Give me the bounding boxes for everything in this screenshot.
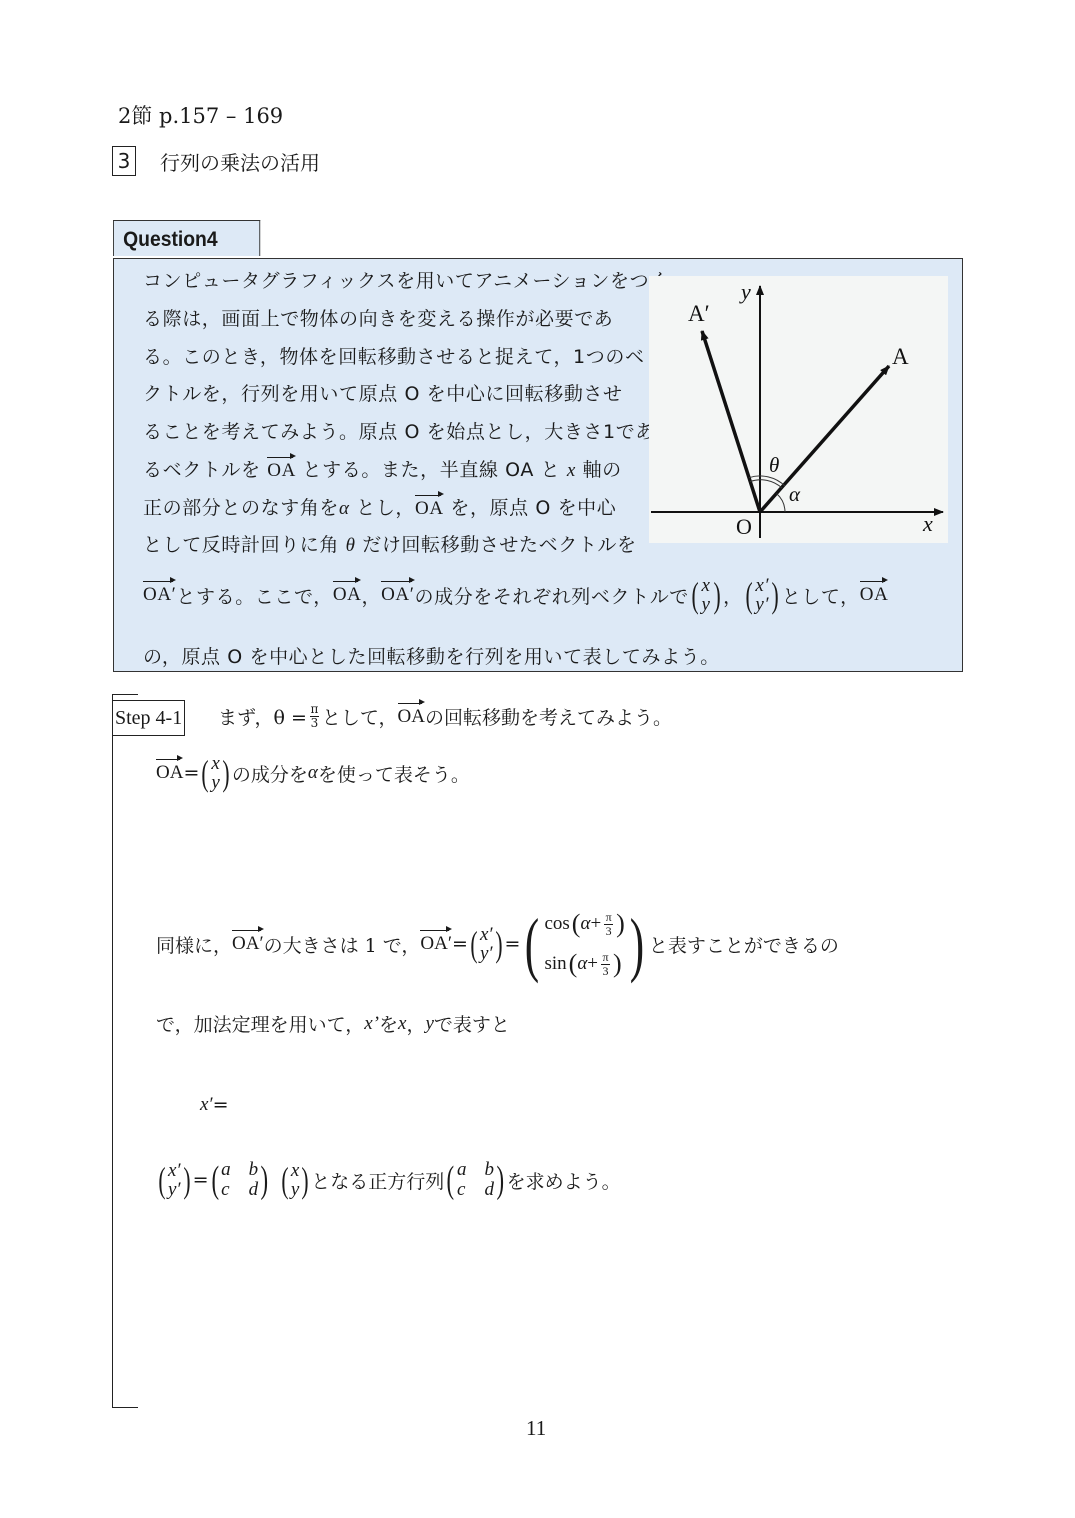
- question-line-2: る際は，画面上で物体の向きを変える操作が必要であ: [143, 304, 613, 331]
- column-vector-xy: (xy): [279, 1161, 311, 1199]
- svg-text:A: A: [892, 344, 909, 369]
- svg-text:A′: A′: [688, 301, 710, 326]
- step-line-4: で，加法定理を用いて， x’ を x ， y で表すと: [156, 1010, 510, 1037]
- question-line-10: の，原点 O を中心とした回転移動を行列を用いて表してみよう。: [143, 642, 720, 669]
- svg-text:θ: θ: [769, 453, 779, 477]
- step-line-5-answer-blank: x′ =: [200, 1094, 229, 1116]
- vector-oa: OA: [156, 762, 183, 784]
- column-vector-xy: (xy): [689, 576, 723, 614]
- subsection-heading: 3 行列の乗法の活用: [112, 146, 320, 176]
- step-line-6: (x′y′) = (abcd) (xy) となる正方行列 (abcd) を求めよ…: [156, 1160, 621, 1200]
- vector-oa: OA: [267, 460, 296, 482]
- vector-oa-prime: OA′: [381, 584, 414, 606]
- question-line-4: クトルを，行列を用いて原点 O を中心に回転移動させ: [143, 379, 623, 406]
- question-line-3: る。このとき，物体を回転移動させると捉えて，1つのベ: [143, 342, 645, 369]
- svg-text:y: y: [739, 279, 751, 304]
- fraction-pi-over-3: π3: [310, 703, 319, 730]
- question-line-1: コンピュータグラフィックスを用いてアニメーションをつく: [143, 266, 669, 293]
- question-line-9: OA′ とする。ここで， OA ， OA′ の成分をそれぞれ列ベクトルで (xy…: [143, 576, 888, 614]
- step-line-2: OA = (xy) の成分を α を使って表そう。: [156, 754, 470, 792]
- svg-text:O: O: [736, 514, 752, 539]
- step-line-3: 同様に， OA′ の大きさは 1 で， OA′ = (x′y′) = ( cos…: [156, 904, 839, 984]
- subsection-number: 3: [112, 146, 136, 176]
- vector-oa: OA: [398, 706, 425, 728]
- vector-oa-prime: OA′: [143, 584, 176, 606]
- matrix-abcd: (abcd): [444, 1160, 506, 1200]
- question-line-6: るベクトルを OA とする。また，半直線 OA と x 軸の: [143, 455, 622, 482]
- column-vector-xy: (xy): [199, 754, 231, 792]
- matrix-abcd: (abcd): [209, 1160, 271, 1200]
- question-tab: Question4: [113, 220, 260, 256]
- vector-oa-prime: OA′: [420, 933, 452, 955]
- rotation-diagram-svg: y x O A A′ θ α: [649, 276, 948, 543]
- column-vector-xy-prime: (x′y′): [156, 1161, 193, 1199]
- vector-oa: OA: [415, 498, 444, 520]
- vector-oa-prime: OA′: [232, 933, 264, 955]
- section-reference: 2節 p.157 – 169: [118, 100, 283, 130]
- step-label: Step 4-1: [112, 700, 185, 736]
- svg-text:α: α: [789, 482, 801, 506]
- rotated-components-vector: ( cos(α + π3) sin(α + π3) ): [520, 904, 648, 984]
- vector-oa: OA: [860, 584, 889, 606]
- vector-oa: OA: [333, 584, 362, 606]
- step-line-1: まず，θ = π3 として， OA の回転移動を考えてみよう。: [218, 703, 672, 730]
- column-vector-xy-prime: (x′y′): [468, 925, 505, 963]
- question-line-7: 正の部分とのなす角をα とし，OA を，原点 O を中心: [143, 493, 616, 520]
- svg-text:x: x: [922, 511, 933, 536]
- column-vector-xy-prime: (x′y′): [743, 576, 782, 614]
- step-bracket: [112, 694, 139, 1408]
- question-line-5: ることを考えてみよう。原点 O を始点とし，大きさ1であ: [143, 417, 655, 444]
- rotation-diagram: y x O A A′ θ α: [649, 276, 948, 543]
- page-number: 11: [526, 1416, 546, 1441]
- subsection-title: 行列の乗法の活用: [160, 147, 320, 176]
- question-line-8: として反時計回りに角 θ だけ回転移動させたベクトルを: [143, 530, 637, 557]
